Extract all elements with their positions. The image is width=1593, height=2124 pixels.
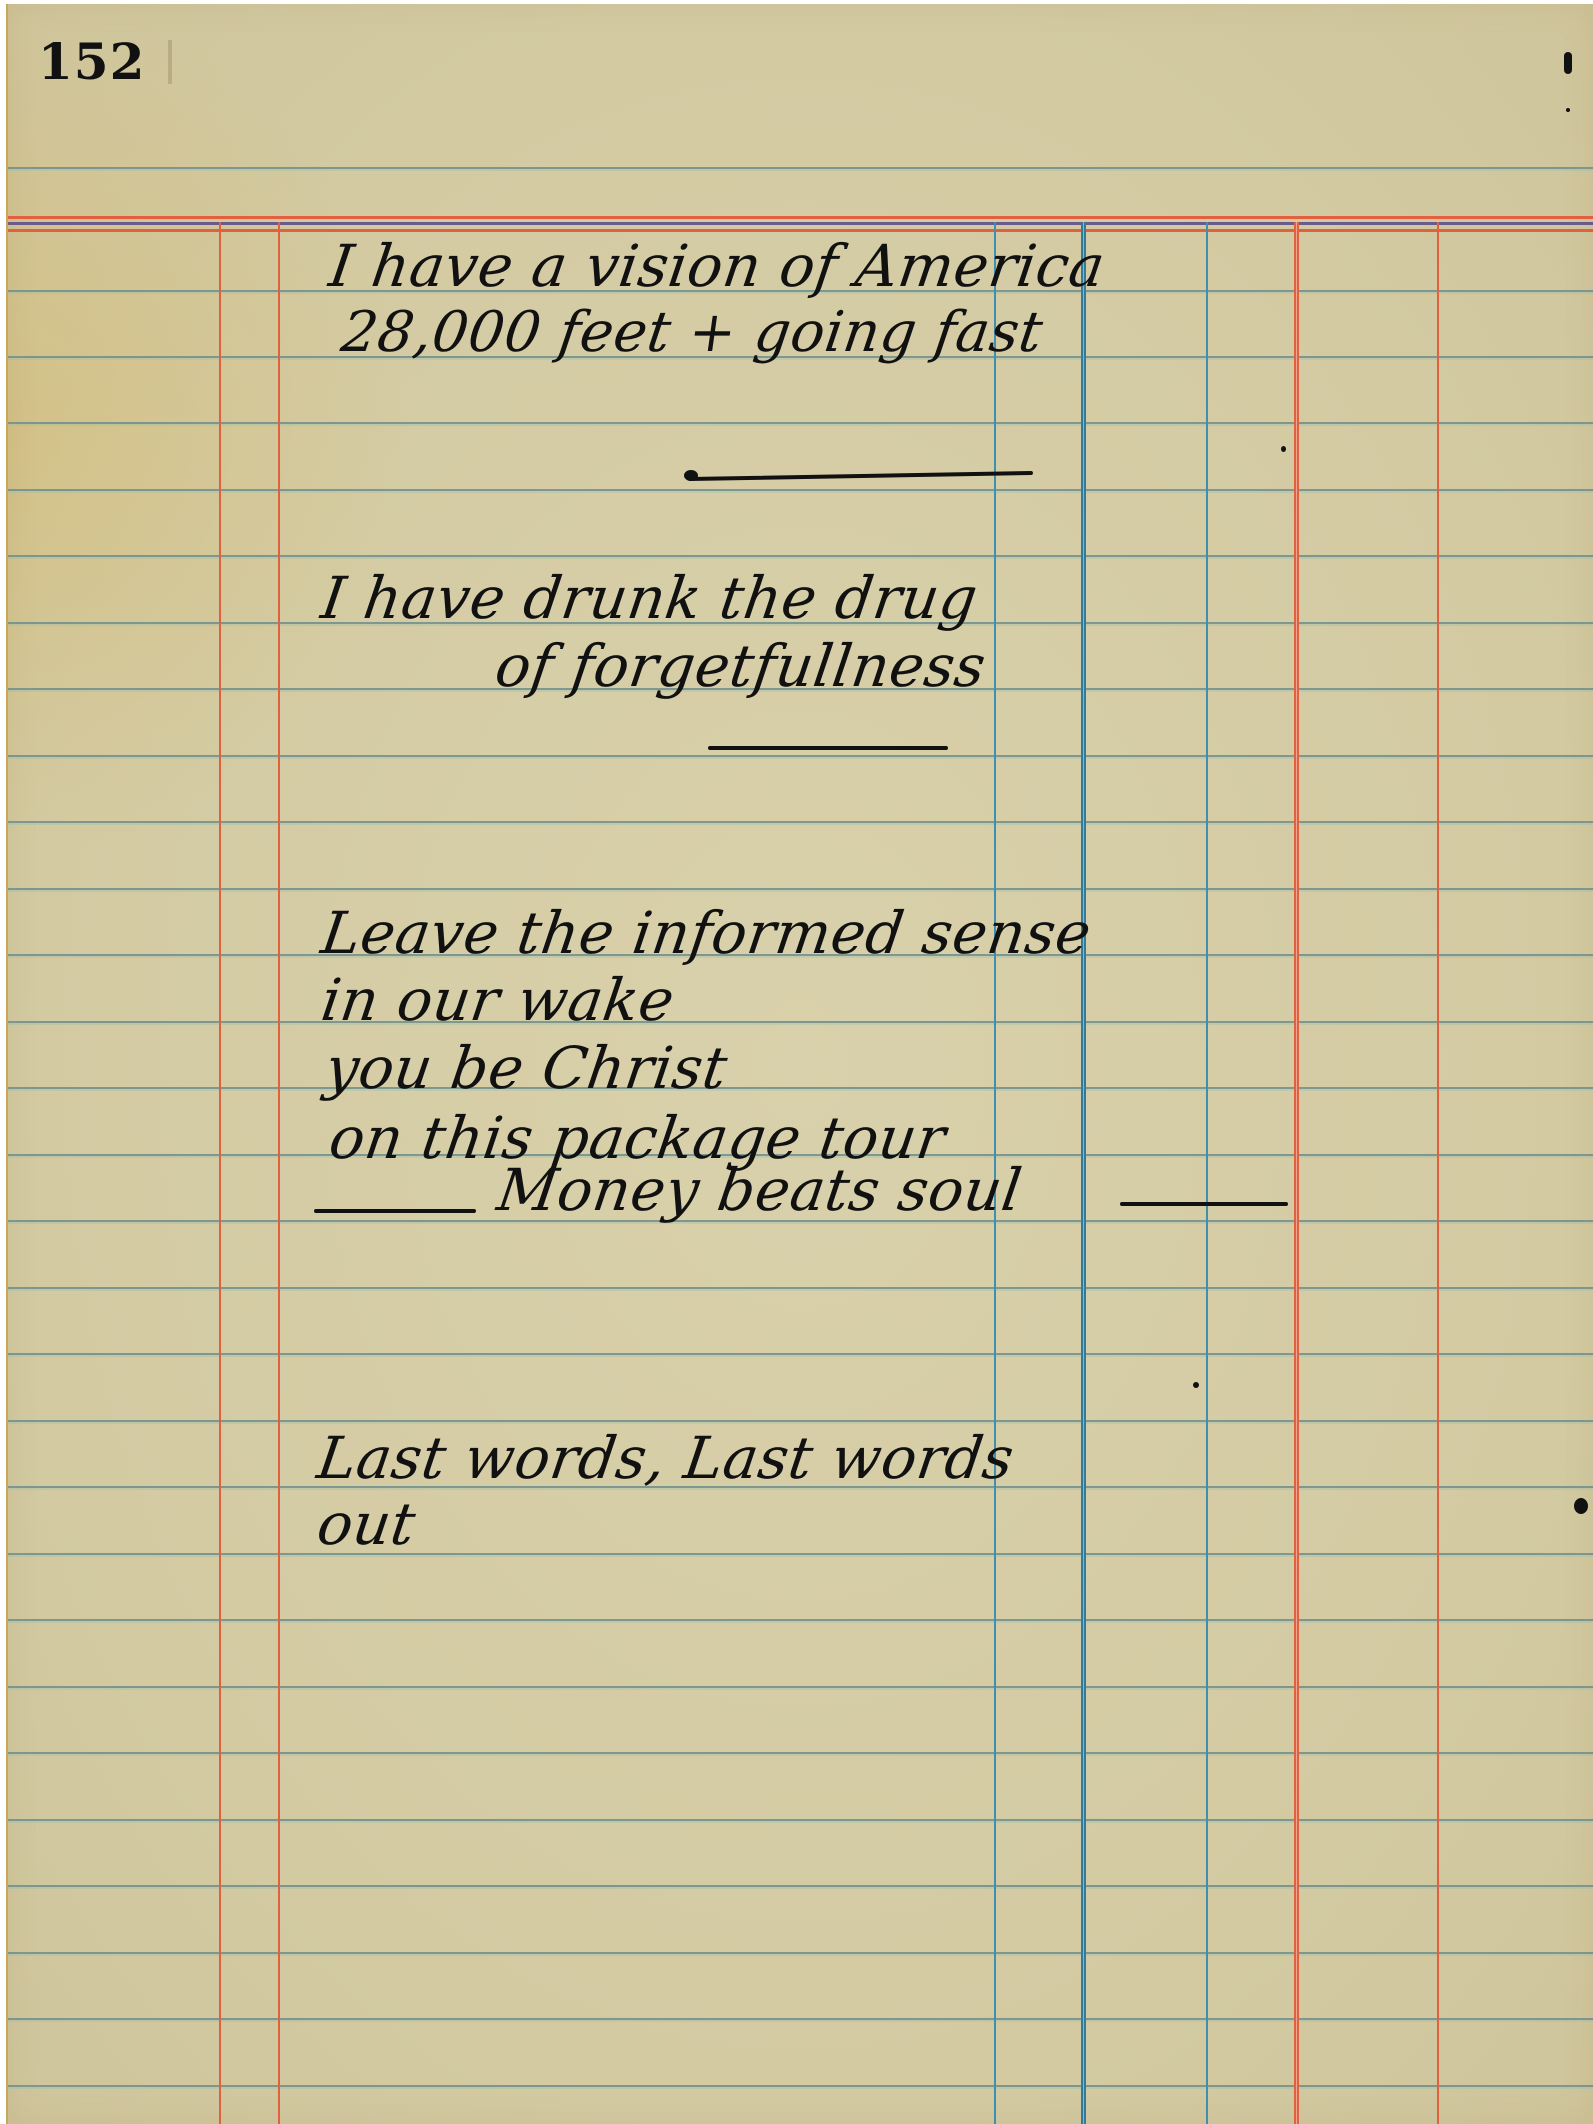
ruled-line	[8, 1287, 1593, 1289]
column-rule-blue-double	[1081, 222, 1086, 2124]
ink-mark	[1574, 1498, 1588, 1514]
handwritten-line: Money beats soul	[493, 1156, 1026, 1224]
ruled-line	[8, 167, 1593, 169]
money-line-dash-right	[1120, 1202, 1288, 1206]
ledger-page: 152 I have a vision of America 28,000 fe…	[6, 4, 1593, 2124]
ruled-line	[8, 2018, 1593, 2020]
ruled-line	[8, 1553, 1593, 1555]
money-line-dash-left	[314, 1209, 476, 1213]
page-number-tick	[168, 40, 172, 84]
ink-mark	[1564, 52, 1572, 74]
handwritten-line: in our wake	[317, 966, 679, 1034]
ruled-line	[8, 1087, 1593, 1089]
handwritten-line: Leave the informed sense	[317, 899, 1095, 967]
page-number: 152	[38, 32, 145, 91]
ruled-line	[8, 888, 1593, 890]
handwritten-line: you be Christ	[321, 1034, 732, 1102]
column-rule-blue-2	[1206, 222, 1208, 2124]
ruled-line	[8, 2085, 1593, 2087]
ink-mark	[1566, 108, 1570, 112]
handwritten-line: I have a vision of America	[325, 232, 1109, 300]
handwritten-line: out	[313, 1490, 420, 1558]
handwritten-line: of forgetfullness	[491, 632, 990, 700]
separator-dash	[688, 471, 1033, 481]
margin-rule-red-1	[219, 222, 221, 2124]
ruled-line	[8, 1885, 1593, 1887]
column-rule-red-3	[1437, 222, 1439, 2124]
separator-dash	[708, 746, 948, 750]
ruled-line	[8, 489, 1593, 491]
header-rule-red-top	[8, 216, 1593, 219]
ruled-line	[8, 1619, 1593, 1621]
ruled-line	[8, 755, 1593, 757]
ink-mark	[1281, 446, 1286, 452]
ruled-line	[8, 1752, 1593, 1754]
ruled-line	[8, 555, 1593, 557]
ruled-line	[8, 821, 1593, 823]
separator-dash-dot	[684, 470, 698, 481]
handwritten-line: I have drunk the drug	[317, 564, 982, 632]
ruled-line	[8, 1021, 1593, 1023]
ink-mark	[1193, 1382, 1199, 1388]
ruled-line	[8, 1353, 1593, 1355]
margin-rule-red-2	[278, 222, 280, 2124]
handwritten-line: Last words, Last words	[313, 1424, 1018, 1492]
column-rule-red-double	[1294, 222, 1299, 2124]
ruled-line	[8, 1952, 1593, 1954]
ruled-line	[8, 1686, 1593, 1688]
ruled-line	[8, 1420, 1593, 1422]
ruled-line	[8, 1819, 1593, 1821]
ruled-line	[8, 422, 1593, 424]
header-rule-blue	[8, 222, 1593, 225]
handwritten-line: 28,000 feet + going fast	[337, 300, 1046, 365]
